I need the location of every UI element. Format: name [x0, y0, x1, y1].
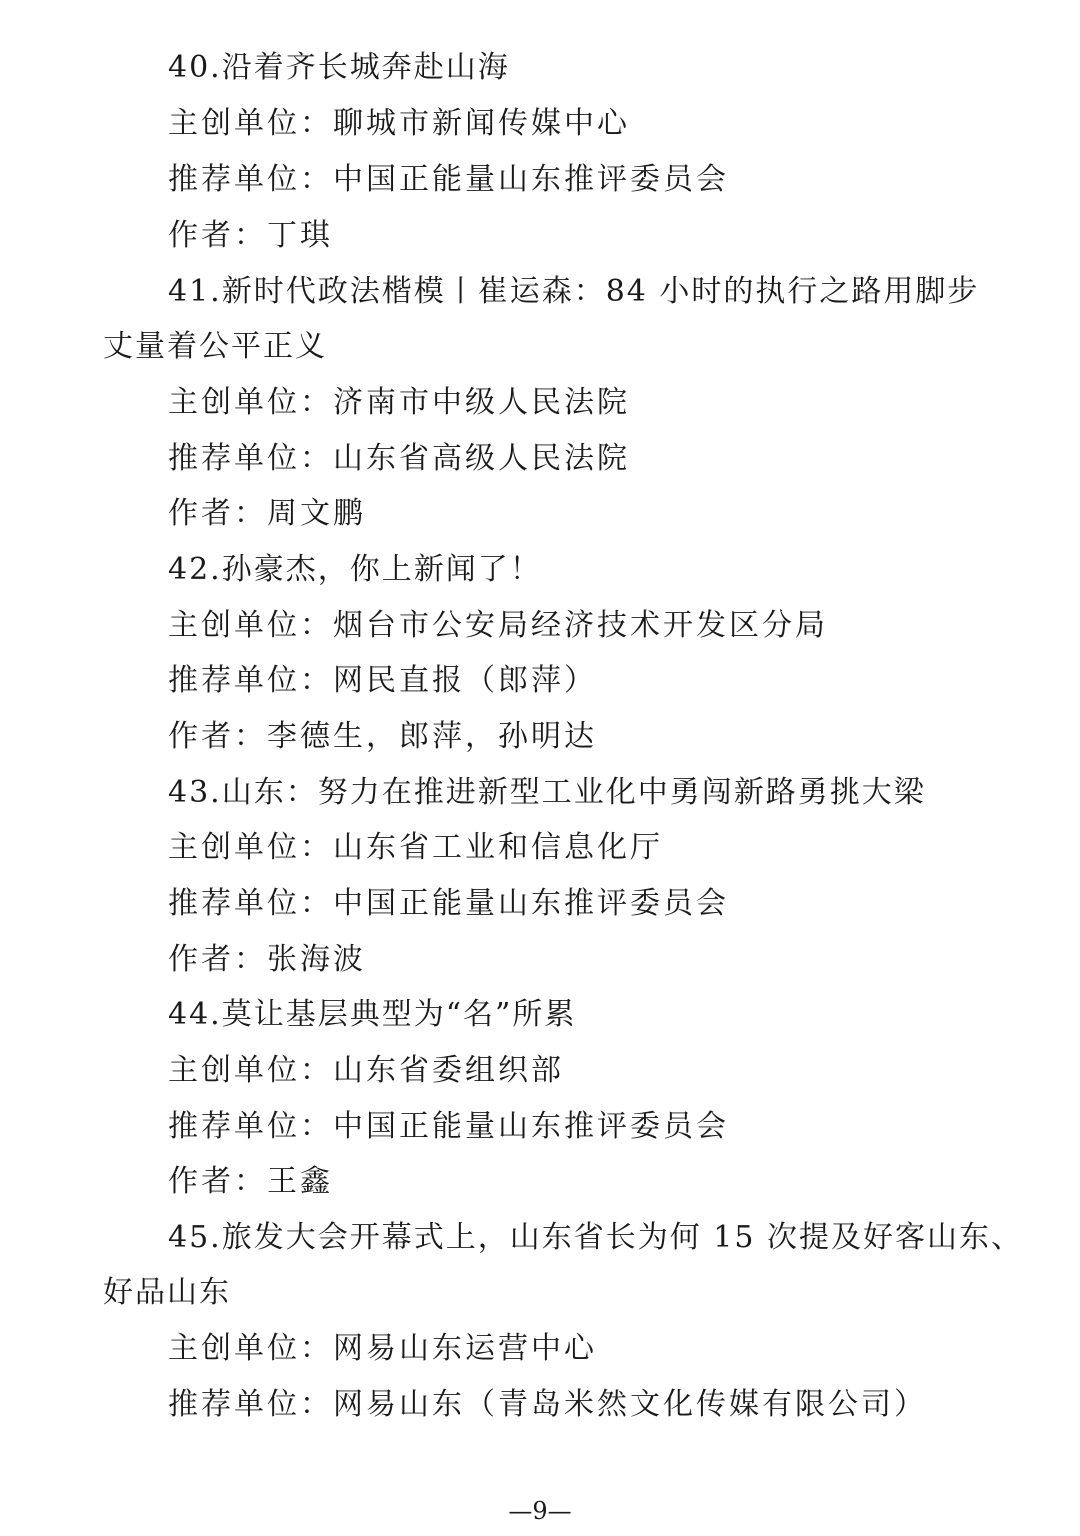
entry-producer: 主创单位：山东省工业和信息化厅	[168, 828, 663, 868]
entry-producer: 主创单位：烟台市公安局经济技术开发区分局	[168, 606, 828, 646]
entry-producer: 主创单位：济南市中级人民法院	[168, 383, 630, 423]
entry-title: 41.新时代政法楷模丨崔运森：84 小时的执行之路用脚步	[168, 272, 979, 312]
document-page: 40.沿着齐长城奔赴山海 主创单位：聊城市新闻传媒中心 推荐单位：中国正能量山东…	[0, 0, 1080, 1536]
entry-author: 作者：丁琪	[168, 216, 333, 256]
entry-recommender: 推荐单位：中国正能量山东推评委员会	[168, 160, 729, 200]
entry-recommender: 推荐单位：中国正能量山东推评委员会	[168, 1107, 729, 1147]
entry-producer: 主创单位：聊城市新闻传媒中心	[168, 104, 630, 144]
entry-author: 作者：周文鹏	[168, 494, 366, 534]
entry-title: 42.孙豪杰，你上新闻了！	[168, 550, 542, 590]
page-number: —9—	[0, 1496, 1080, 1526]
entry-producer: 主创单位：网易山东运营中心	[168, 1329, 597, 1369]
entry-title-continued: 丈量着公平正义	[103, 327, 327, 367]
entry-recommender: 推荐单位：网易山东（青岛米然文化传媒有限公司）	[168, 1385, 927, 1425]
entry-title: 40.沿着齐长城奔赴山海	[168, 48, 510, 88]
entry-recommender: 推荐单位：中国正能量山东推评委员会	[168, 884, 729, 924]
entry-author: 作者：王鑫	[168, 1162, 333, 1202]
entry-title-continued: 好品山东	[103, 1273, 231, 1313]
entry-author: 作者：李德生，郎萍，孙明达	[168, 717, 597, 757]
entry-recommender: 推荐单位：山东省高级人民法院	[168, 439, 630, 479]
entry-author: 作者：张海波	[168, 940, 366, 980]
entry-recommender: 推荐单位：网民直报（郎萍）	[168, 661, 597, 701]
entry-title: 45.旅发大会开幕式上，山东省长为何 15 次提及好客山东、	[168, 1218, 1023, 1258]
entry-producer: 主创单位：山东省委组织部	[168, 1051, 564, 1091]
entry-title: 43.山东：努力在推进新型工业化中勇闯新路勇挑大梁	[168, 773, 926, 813]
entry-title: 44.莫让基层典型为“名”所累	[168, 995, 576, 1035]
